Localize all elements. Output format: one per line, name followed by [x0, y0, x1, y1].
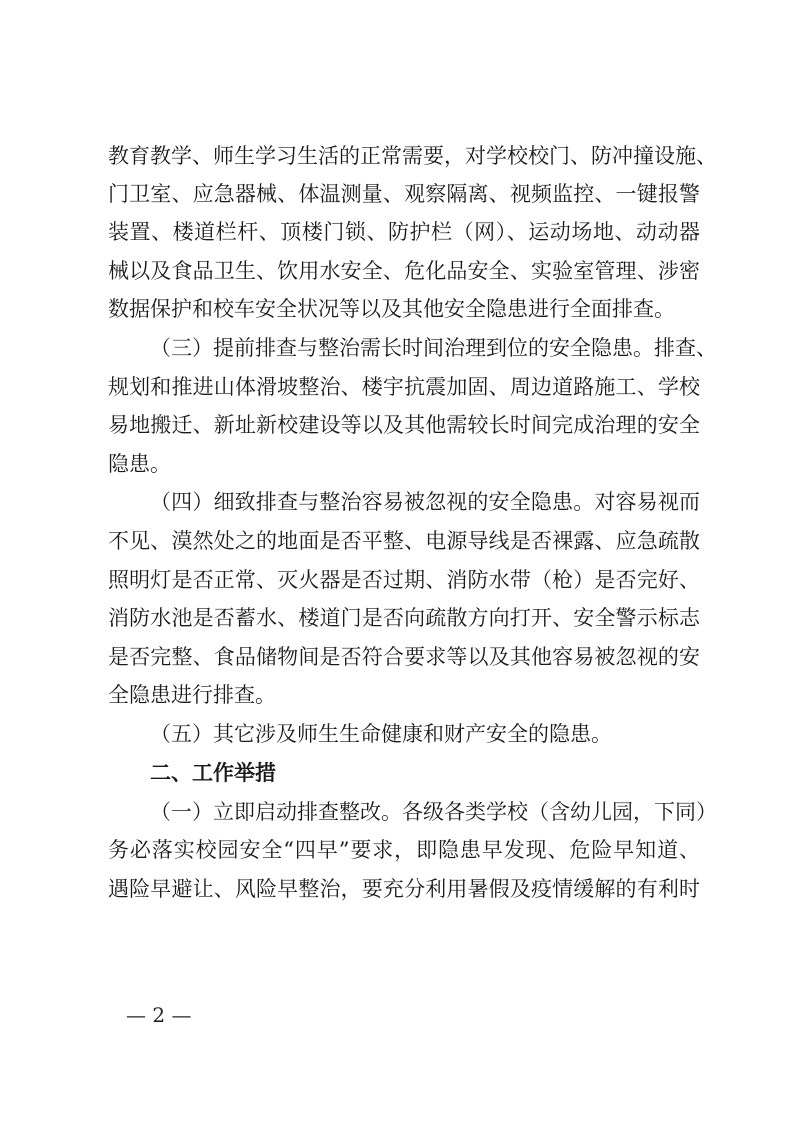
paragraph-line: 规划和推进山体滑坡整治、楼宇抗震加固、周边道路施工、学校 [108, 375, 700, 399]
paragraph-line: 消防水池是否蓄水、楼道门是否向疏散方向打开、安全警示标志 [108, 606, 700, 630]
paragraph-line: 易地搬迁、新址新校建设等以及其他需较长时间完成治理的安全 [108, 413, 700, 437]
document-page: 教育教学、师生学习生活的正常需要，对学校校门、防冲撞设施、 门卫室、应急器械、体… [0, 0, 793, 1122]
section-3-line: （三）提前排查与整治需长时间治理到位的安全隐患。排查、 [150, 336, 700, 360]
section-4-line: （四）细致排查与整治容易被忽视的安全隐患。对容易视而 [150, 490, 700, 514]
paragraph-line: 门卫室、应急器械、体温测量、观察隔离、视频监控、一键报警 [108, 182, 700, 206]
measure-1-line: （一）立即启动排查整改。各级各类学校（含幼儿园，下同） [150, 800, 700, 824]
paragraph-line: 教育教学、师生学习生活的正常需要，对学校校门、防冲撞设施、 [108, 144, 700, 168]
paragraph-line: 数据保护和校车安全状况等以及其他安全隐患进行全面排查。 [108, 297, 700, 321]
paragraph-line: 遇险早避让、风险早整治，要充分利用暑假及疫情缓解的有利时 [108, 877, 700, 901]
paragraph-line: 全隐患进行排查。 [108, 683, 700, 707]
paragraph-line: 械以及食品卫生、饮用水安全、危化品安全、实验室管理、涉密 [108, 259, 700, 283]
paragraph-line: 务必落实校园安全“四早”要求，即隐患早发现、危险早知道、 [108, 838, 700, 862]
paragraph-line: 照明灯是否正常、灭火器是否过期、消防水带（枪）是否完好、 [108, 568, 700, 592]
paragraph-line: 不见、漠然处之的地面是否平整、电源导线是否裸露、应急疏散 [108, 529, 700, 553]
section-heading: 二、工作举措 [150, 761, 276, 785]
page-number: — 2 — [126, 1003, 191, 1027]
paragraph-line: 隐患。 [108, 452, 700, 476]
section-5-line: （五）其它涉及师生生命健康和财产安全的隐患。 [150, 722, 700, 746]
paragraph-line: 装置、楼道栏杆、顶楼门锁、防护栏（网）、运动场地、动动器 [108, 220, 700, 244]
paragraph-line: 是否完整、食品储物间是否符合要求等以及其他容易被忽视的安 [108, 645, 700, 669]
